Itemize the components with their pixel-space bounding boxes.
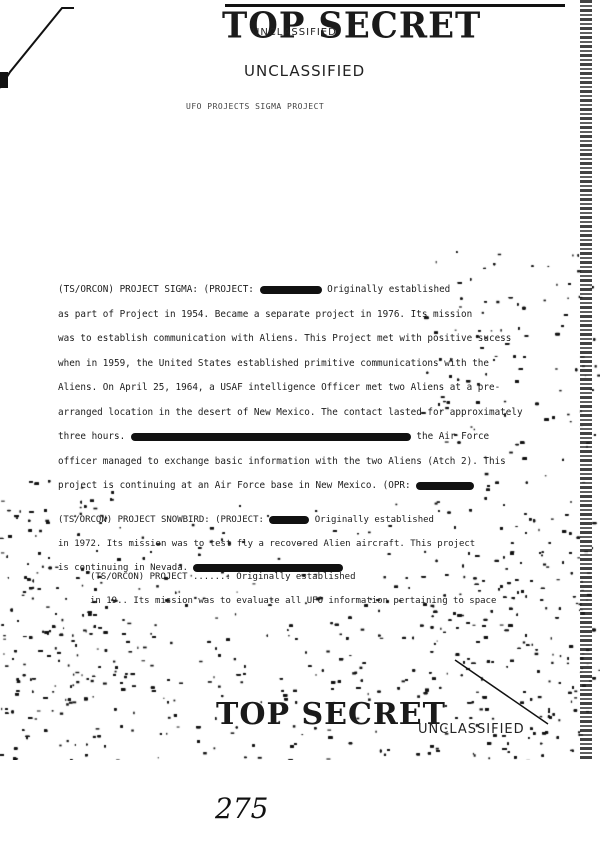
unclassified-stamp-top: UNCLASSIFIED xyxy=(244,62,365,80)
right-edge-scan-artifact xyxy=(580,0,592,760)
document-page: TOP SECRET UNCLASSIFIED UNCLASSIFIED UFO… xyxy=(0,0,600,845)
text-line: (TS/ORCON) PROJECT SIGMA: (PROJECT: Orig… xyxy=(58,278,568,303)
text-line: in 19.. Its mission was to evaluate all … xyxy=(90,589,496,613)
redaction xyxy=(416,482,474,490)
handwritten-page-number: 275 xyxy=(215,792,268,825)
stamp-overlay: UNCLASSIFIED xyxy=(252,27,337,38)
text-line: was to establish communication with Alie… xyxy=(58,327,568,352)
paragraph-project-three: (TS/ORCON) PROJECT ......: Originally es… xyxy=(90,565,496,613)
text-line: (TS/ORCON) PROJECT ......: Originally es… xyxy=(90,565,496,589)
redaction xyxy=(260,286,322,294)
redaction xyxy=(131,433,411,441)
document-header: UFO PROJECTS SIGMA PROJECT xyxy=(186,102,324,111)
top-secret-stamp-bottom: TOP SECRET xyxy=(216,697,446,732)
redaction xyxy=(269,516,309,524)
text-line: project is continuing at an Air Force ba… xyxy=(58,474,568,499)
text-line: arranged location in the desert of New M… xyxy=(58,401,568,426)
text-line: officer managed to exchange basic inform… xyxy=(58,450,568,475)
text-line: as part of Project in 1954. Became a sep… xyxy=(58,303,568,328)
paragraph-project-sigma: (TS/ORCON) PROJECT SIGMA: (PROJECT: Orig… xyxy=(58,278,568,499)
unclassified-stamp-bottom: UNCLASSIFIED xyxy=(418,722,525,737)
text-line: three hours. the Air Force xyxy=(58,425,568,450)
text-line: Aliens. On April 25, 1964, a USAF intell… xyxy=(58,376,568,401)
top-secret-stamp: TOP SECRET xyxy=(222,5,481,47)
text-line: in 1972. Its mission was to test fly a r… xyxy=(58,532,475,556)
text-line: when in 1959, the United States establis… xyxy=(58,352,568,377)
text-line: (TS/ORCON) PROJECT SNOWBIRD: (PROJECT: O… xyxy=(58,508,475,532)
